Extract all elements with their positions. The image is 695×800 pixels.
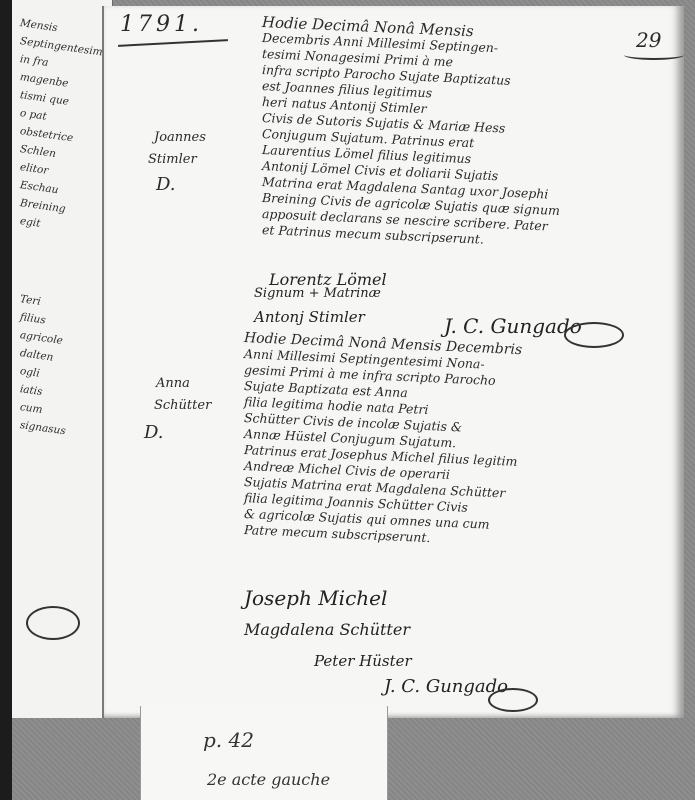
archive-reference-label: p. 42 2e acte gauche: [140, 706, 388, 800]
scan-border: [0, 0, 12, 800]
left-page-fragment: Mensis Septingentesimi in fra magenbe ti…: [12, 0, 113, 718]
entry-2-margin-name-last: Schütter: [154, 398, 211, 413]
left-page-text-lower: Teri filius agricole dalten ogli iatis c…: [20, 290, 110, 434]
signature-father: Antonj Stimler: [254, 308, 365, 326]
left-page-text-upper: Mensis Septingentesimi in fra magenbe ti…: [20, 14, 110, 230]
signature-godfather-2: Joseph Michel: [244, 586, 387, 610]
entry-2-margin-name-first: Anna: [156, 376, 190, 391]
entry-1-margin-name-last: Stimler: [148, 152, 197, 167]
register-page: 1791. 29 Joannes Stimler D. Hodie Decimâ…: [102, 6, 684, 718]
signature-godmother-2: Magdalena Schütter: [244, 620, 410, 639]
left-page-paraph-flourish: [26, 606, 80, 640]
archive-act-ref: 2e acte gauche: [207, 770, 330, 789]
entry-1-margin-name-first: Joannes: [154, 130, 206, 145]
archive-page-ref: p. 42: [203, 728, 254, 752]
entry-1-margin-mark: D.: [156, 174, 176, 195]
year-underline: [118, 39, 228, 47]
entry-1-text: Hodie Decimâ Nonâ Mensis Decembris Anni …: [262, 14, 682, 238]
entry-2-text: Hodie Decimâ Nonâ Mensis Decembris Anni …: [244, 330, 664, 538]
signature-father-2: Peter Hüster: [314, 652, 412, 670]
signature-priest-2: J. C. Gungado: [384, 676, 508, 697]
year-heading: 1791.: [120, 12, 203, 37]
entry-2-margin-mark: D.: [144, 422, 164, 443]
priest-paraph-flourish-2: [488, 688, 538, 712]
signature-godmother-mark: Signum + Matrinæ: [254, 286, 381, 301]
